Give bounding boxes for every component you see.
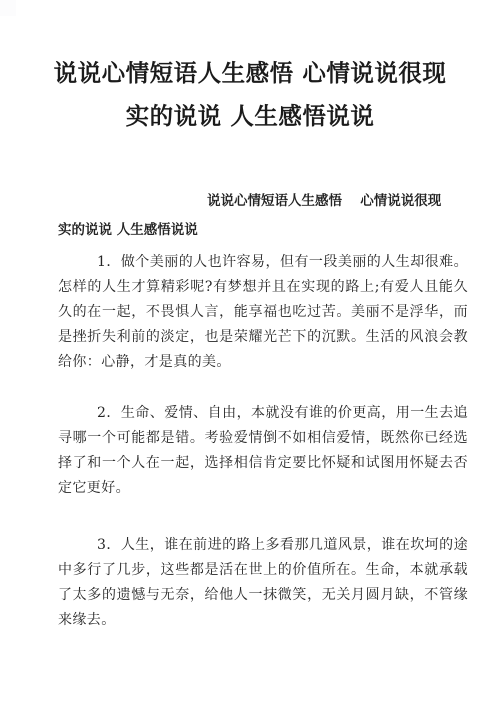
text-line: 说说心情短语人生感悟 心情说说很现: [30, 52, 470, 95]
text-line: 2．生命、爱情、自由，本就没有谁的价更高，用一生去追: [58, 401, 468, 426]
text-line: 来缘去。: [58, 608, 468, 633]
text-line: 定它更好。: [58, 476, 468, 501]
text-line: 寻哪一个可能都是错。考验爱情倒不如相信爱情，既然你已经选: [58, 426, 468, 451]
text-line: 实的说说 人生感悟说说: [30, 95, 470, 138]
text-line: 实的说说 人生感悟说说: [58, 216, 468, 245]
text-line: 是挫折失利前的淡定，也是荣耀光芒下的沉默。生活的风浪会教: [58, 325, 468, 350]
scan-artifact-square: [0, 0, 16, 16]
paragraph-1: 1．做个美丽的人也许容易，但有一段美丽的人生却很难。怎样的人生才算精彩呢?有梦想…: [58, 250, 468, 375]
text-line: 了太多的遗憾与无奈，给他人一抹微笑，无关月圆月缺，不管缘: [58, 583, 468, 608]
paragraph-3: 3．人生，谁在前进的路上多看那几道风景，谁在坎坷的途中多行了几步，这些都是活在世…: [58, 533, 468, 633]
subtitle: 说说心情短语人生感悟 心情说说很现实的说说 人生感悟说说: [58, 187, 468, 245]
page-title: 说说心情短语人生感悟 心情说说很现实的说说 人生感悟说说: [30, 52, 470, 138]
text-line: 择了和一个人在一起，选择相信肯定要比怀疑和试图用怀疑去否: [58, 451, 468, 476]
text-line: 给你：心静，才是真的美。: [58, 350, 468, 375]
paragraph-2: 2．生命、爱情、自由，本就没有谁的价更高，用一生去追寻哪一个可能都是错。考验爱情…: [58, 401, 468, 501]
text-line: 中多行了几步，这些都是活在世上的价值所在。生命，本就承载: [58, 558, 468, 583]
document-body: 1．做个美丽的人也许容易，但有一段美丽的人生却很难。怎样的人生才算精彩呢?有梦想…: [58, 250, 468, 633]
text-line: 3．人生，谁在前进的路上多看那几道风景，谁在坎坷的途: [58, 533, 468, 558]
text-line: 久的在一起，不畏惧人言，能享福也吃过苦。美丽不是浮华，而: [58, 300, 468, 325]
text-line: 1．做个美丽的人也许容易，但有一段美丽的人生却很难。: [58, 250, 468, 275]
document-page: 说说心情短语人生感悟 心情说说很现实的说说 人生感悟说说 说说心情短语人生感悟 …: [0, 0, 500, 707]
text-line: 说说心情短语人生感悟 心情说说很现: [58, 187, 468, 216]
text-line: 怎样的人生才算精彩呢?有梦想并且在实现的路上;有爱人且能久: [58, 275, 468, 300]
